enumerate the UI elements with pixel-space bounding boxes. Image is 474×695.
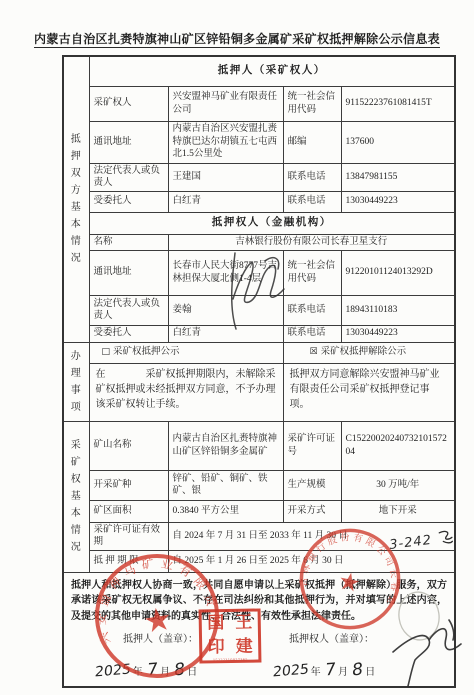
field-label: 采矿许可证号 xyxy=(283,421,341,470)
field-value: 13847981155 xyxy=(341,163,455,191)
field-label: 抵 押 期 限 xyxy=(89,550,168,572)
field-value: 0.3840 平方公里 xyxy=(168,500,283,522)
field-value: 白红青 xyxy=(168,191,283,212)
table-row: 抵押双方基本情况 抵押人（采矿权人） xyxy=(63,56,455,86)
field-label: 生产规模 xyxy=(283,470,341,500)
field-value: 30 万吨/年 xyxy=(341,470,455,500)
handwritten-year: 2025 xyxy=(94,660,132,681)
field-label: 通讯地址 xyxy=(89,250,168,295)
field-label: 联系电话 xyxy=(283,191,341,212)
unit-month: 月 xyxy=(338,667,348,678)
section-label-mining: 采矿权基本情况 xyxy=(63,421,89,572)
field-value: 137600 xyxy=(341,121,455,163)
table-row: 开采矿种 锌矿、铅矿、铜矿、铁矿、银 生产规模 30 万吨/年 xyxy=(63,470,455,500)
unit-day: 日 xyxy=(365,667,375,678)
personal-square-seal: 国 王 印 建 15222310027365 xyxy=(199,608,262,663)
pencil-oval xyxy=(396,590,442,643)
release-option-label: 采矿权抵押解除公示 xyxy=(321,347,407,357)
field-value: C1522002024073210157204 xyxy=(341,421,455,470)
unit-day: 日 xyxy=(187,667,197,678)
field-label: 名称 xyxy=(89,234,168,250)
field-value: 王建国 xyxy=(168,163,283,191)
mortgagee-header: 抵押权人（金融机构） xyxy=(89,212,455,234)
field-label: 通讯地址 xyxy=(89,121,168,163)
section-label-handling: 办理事项 xyxy=(63,342,89,421)
field-label: 开采方式 xyxy=(283,500,341,522)
field-label: 受委托人 xyxy=(89,325,168,342)
field-value: 内蒙古自治区兴安盟扎赉特旗巴达尔胡镇五七屯西北1.5公里处 xyxy=(168,121,283,163)
field-label: 联系电话 xyxy=(283,163,341,191)
field-label: 法定代表人或负责人 xyxy=(89,163,168,191)
field-value: 内蒙古自治区扎赉特旗神山矿区锌铅铜多金属矿 xyxy=(168,421,283,470)
handwritten-signature-bottom-right xyxy=(387,590,471,690)
checkbox-unchecked-icon: □ xyxy=(102,347,111,357)
handwritten-month: 7 xyxy=(324,659,337,682)
field-label: 矿区面积 xyxy=(89,500,168,522)
field-label: 矿山名称 xyxy=(89,421,168,470)
table-row: 办理事项 □采矿权抵押公示 ☒采矿权抵押解除公示 xyxy=(63,342,455,363)
unit-year: 年 xyxy=(311,667,321,678)
document-title: 内蒙古自治区扎赉特旗神山矿区锌铅铜多金属矿采矿权抵押解除公示信息表 xyxy=(0,30,474,47)
pledge-option-cell: □采矿权抵押公示 xyxy=(89,342,283,363)
pledge-text: 在 采矿权抵押期限内，未解除采矿权抵押或未经抵押双方同意，不予办理该采矿权转让手… xyxy=(89,363,283,421)
field-value: 13030449223 xyxy=(341,325,455,342)
pledge-option-label: 采矿权抵押公示 xyxy=(113,347,180,357)
handwritten-month: 7 xyxy=(146,659,159,682)
field-value: 吉林银行股份有限公司长春卫星支行 xyxy=(168,234,455,250)
release-option-cell: ☒采矿权抵押解除公示 xyxy=(283,342,455,363)
scanned-form-page: 内蒙古自治区扎赉特旗神山矿区锌铅铜多金属矿采矿权抵押解除公示信息表 抵押双方基本… xyxy=(0,0,474,695)
handwritten-signature-middle xyxy=(221,239,295,333)
section-label-both-parties: 抵押双方基本情况 xyxy=(63,56,89,342)
checkbox-checked-icon: ☒ xyxy=(310,347,318,357)
field-value: 兴安盟神马矿业有限责任公司 xyxy=(168,86,283,121)
field-value: 自 2025 年 1 月 26 日至 2025 年 6 月 30 日 xyxy=(168,550,455,572)
seal-char: 王 xyxy=(230,612,258,636)
field-value: 地下开采 xyxy=(341,500,455,522)
table-row: 法定代表人或负责人 王建国 联系电话 13847981155 xyxy=(63,163,455,191)
seal-char: 国 xyxy=(202,612,230,636)
table-row: 抵押权人（金融机构） xyxy=(63,212,455,234)
field-label: 采矿权人 xyxy=(89,86,168,121)
field-label: 法定代表人或负责人 xyxy=(89,295,168,325)
table-row: 矿区面积 0.3840 平方公里 开采方式 地下开采 xyxy=(63,500,455,522)
field-label: 受委托人 xyxy=(89,191,168,212)
field-label: 采矿许可证有效期 xyxy=(89,522,168,550)
field-value: 13030449223 xyxy=(341,191,455,212)
table-row: 受委托人 白红青 联系电话 13030449223 xyxy=(63,191,455,212)
table-row: 抵 押 期 限 自 2025 年 1 月 26 日至 2025 年 6 月 30… xyxy=(63,550,455,572)
field-value: 91152223761081415T xyxy=(341,86,455,121)
unit-month: 月 xyxy=(160,667,170,678)
field-value: 锌矿、铅矿、铜矿、铁矿、银 xyxy=(168,470,283,500)
table-row: 在 采矿权抵押期限内，未解除采矿权抵押或未经抵押双方同意，不予办理该采矿权转让手… xyxy=(63,363,455,421)
field-label: 邮编 xyxy=(283,121,341,163)
note-scribble xyxy=(436,527,456,547)
field-value: 18943110183 xyxy=(341,295,455,325)
handwritten-day: 8 xyxy=(173,659,186,682)
unit-year: 年 xyxy=(133,667,143,678)
seal-serial-number: 15222310027365 xyxy=(202,657,258,663)
handwritten-year: 2025 xyxy=(272,660,310,681)
field-label: 统一社会信用代码 xyxy=(283,86,341,121)
mortgagor-header: 抵押人（采矿权人） xyxy=(89,56,455,86)
field-label: 开采矿种 xyxy=(89,470,168,500)
table-row: 采矿权人 兴安盟神马矿业有限责任公司 统一社会信用代码 911522237610… xyxy=(63,86,455,121)
handwritten-day: 8 xyxy=(351,659,364,682)
table-row: 采矿权基本情况 矿山名称 内蒙古自治区扎赉特旗神山矿区锌铅铜多金属矿 采矿许可证… xyxy=(63,421,455,470)
field-value: 91220101124013292D xyxy=(341,250,455,295)
release-text: 抵押双方同意解除兴安盟神马矿业有限责任公司采矿权抵押登记事项。 xyxy=(283,363,455,421)
table-row: 通讯地址 内蒙古自治区兴安盟扎赉特旗巴达尔胡镇五七屯西北1.5公里处 邮编 13… xyxy=(63,121,455,163)
